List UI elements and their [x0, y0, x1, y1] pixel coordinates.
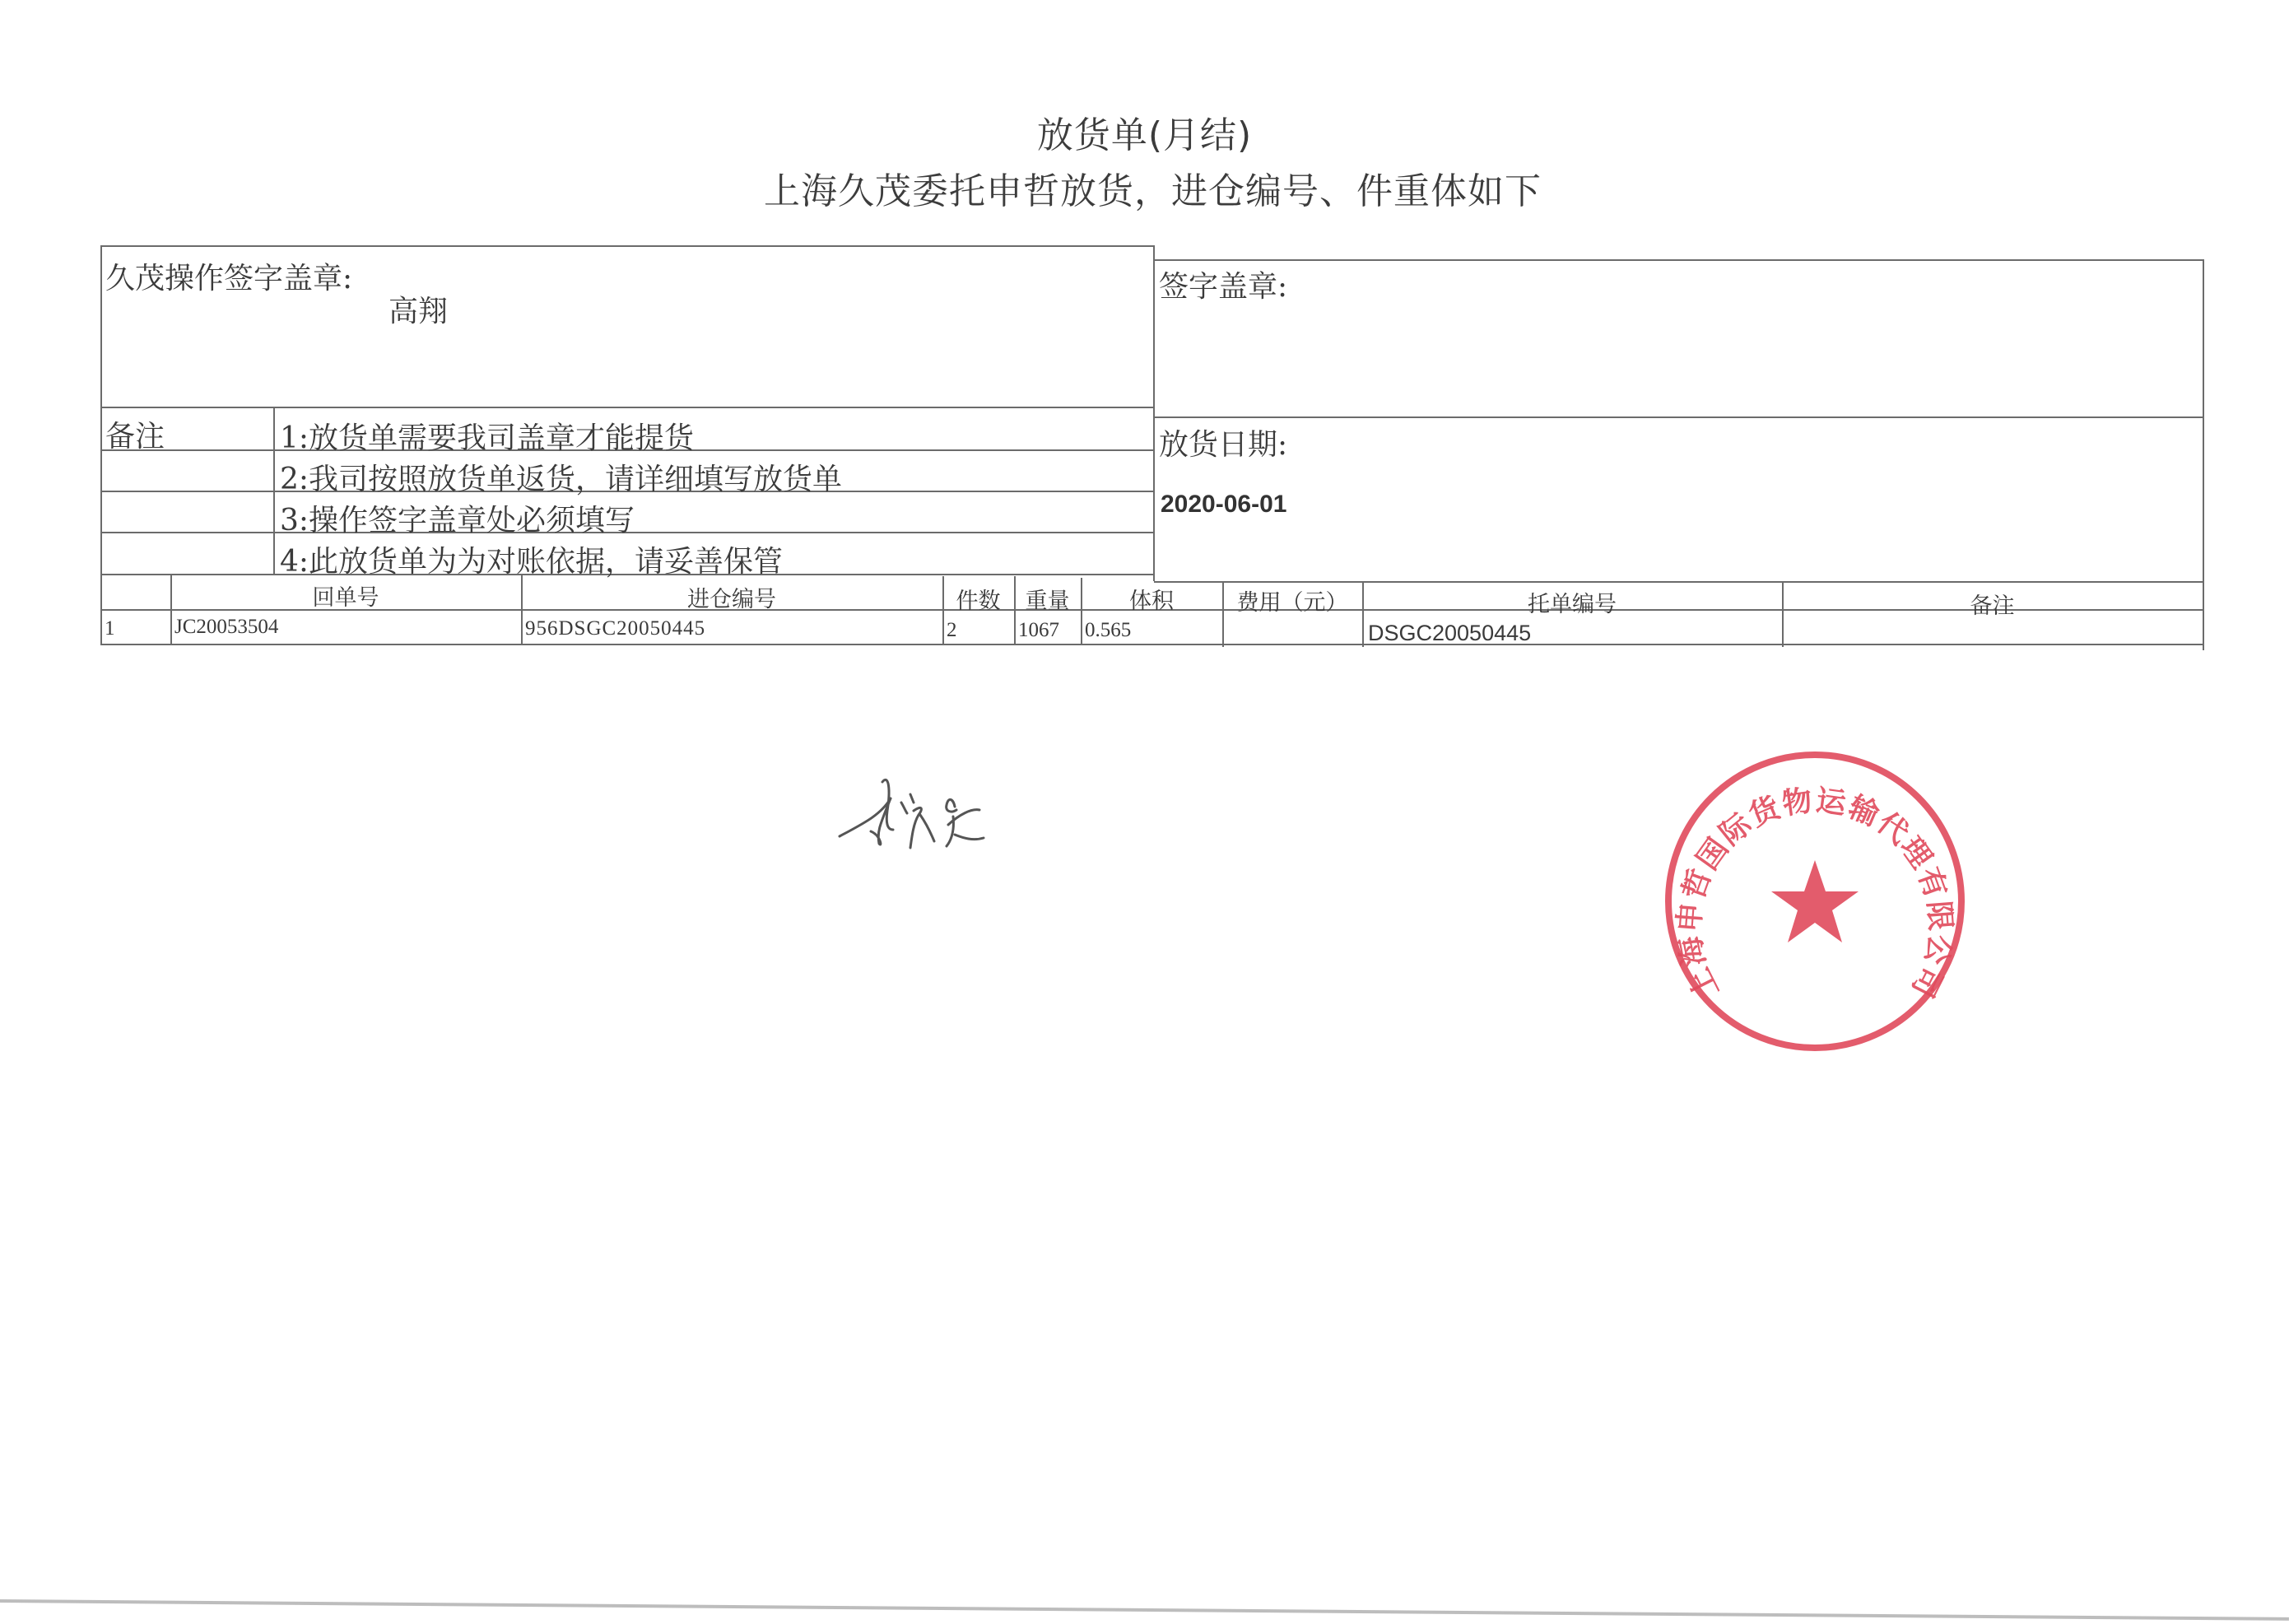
cell-receipt-no: JC20053504: [174, 616, 278, 639]
signature-field[interactable]: [1161, 305, 2198, 412]
notes-label: 备注: [105, 413, 165, 455]
cell-weight: 1067: [1018, 619, 1059, 642]
col-header-booking-no: 托单编号: [1362, 586, 1782, 618]
cell-warehouse-no: 956DSGC20050445: [525, 617, 705, 640]
note-item-2: 2:我司按照放货单返货，请详细填写放货单: [280, 456, 842, 498]
cell-volume: 0.565: [1085, 619, 1131, 642]
release-date-value[interactable]: 2020-06-01: [1161, 491, 1286, 519]
note-item-3: 3:操作签字盖章处必须填写: [280, 497, 635, 539]
scan-edge-line: [0, 1599, 2289, 1621]
col-header-fee: 费用（元）: [1222, 584, 1362, 617]
col-header-receipt-no: 回单号: [170, 579, 521, 612]
handwritten-signature-icon: [831, 765, 996, 856]
col-header-volume: 体积: [1081, 583, 1222, 615]
col-header-weight: 重量: [1014, 583, 1081, 615]
document-title: 放货单(月结): [0, 105, 2289, 158]
operator-name[interactable]: 高翔: [388, 288, 448, 330]
star-icon: [1771, 860, 1859, 942]
cell-pieces: 2: [947, 619, 957, 642]
document-subtitle: 上海久茂委托申哲放货，进仓编号、件重体如下: [0, 161, 2289, 214]
company-stamp: 上海申哲国际货物运输代理有限公司: [1659, 745, 1971, 1058]
col-header-pieces: 件数: [942, 583, 1014, 615]
signature-label: 签字盖章:: [1159, 263, 1287, 305]
operator-sign-label: 久茂操作签字盖章:: [105, 255, 352, 297]
release-date-label: 放货日期:: [1159, 421, 1287, 463]
note-item-4: 4:此放货单为为对账依据，请妥善保管: [280, 538, 783, 580]
col-header-warehouse-no: 进仓编号: [521, 581, 942, 613]
col-header-remark: 备注: [1782, 588, 2203, 620]
cell-booking-no: DSGC20050445: [1368, 621, 1531, 646]
note-item-1: 1:放货单需要我司盖章才能提货: [280, 415, 694, 457]
cell-index: 1: [105, 617, 115, 640]
